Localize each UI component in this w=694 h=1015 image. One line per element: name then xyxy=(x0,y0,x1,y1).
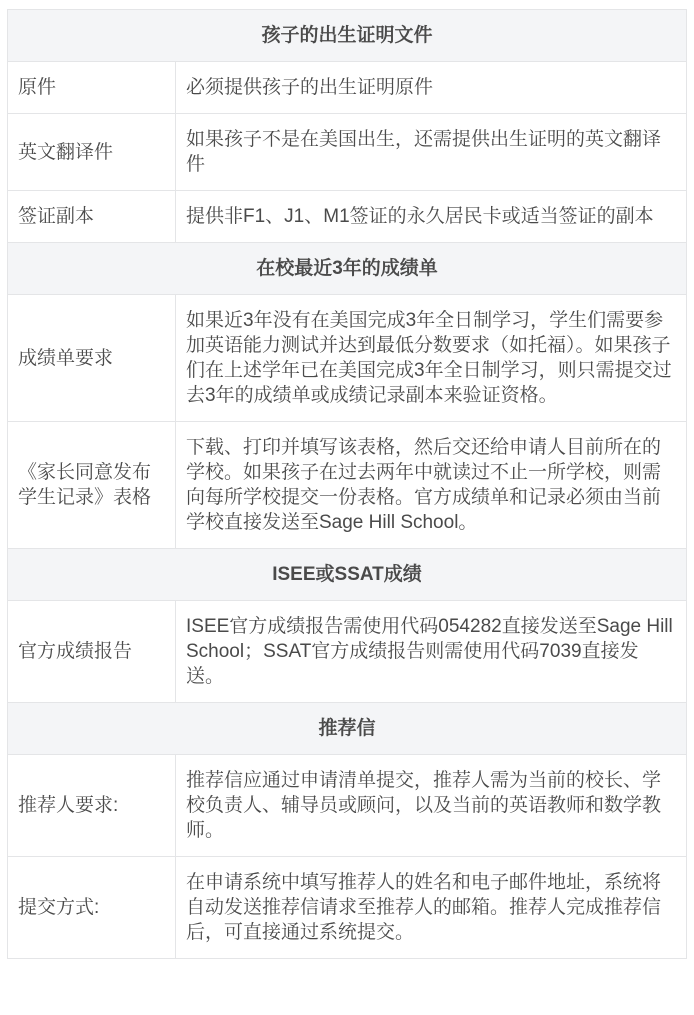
table-row: 提交方式: 在申请系统中填写推荐人的姓名和电子邮件地址，系统将自动发送推荐信请求… xyxy=(8,857,687,959)
section-row-recommendation: 推荐信 xyxy=(8,703,687,755)
row-label-transcript-requirements: 成绩单要求 xyxy=(8,295,176,422)
table-row: 《家长同意发布学生记录》表格 下载、打印并填写该表格，然后交还给申请人目前所在的… xyxy=(8,422,687,549)
row-content-submission-method: 在申请系统中填写推荐人的姓名和电子邮件地址，系统将自动发送推荐信请求至推荐人的邮… xyxy=(176,857,687,959)
row-content-original: 必须提供孩子的出生证明原件 xyxy=(176,62,687,114)
row-content-parent-consent-form: 下载、打印并填写该表格，然后交还给申请人目前所在的学校。如果孩子在过去两年中就读… xyxy=(176,422,687,549)
row-content-transcript-requirements: 如果近3年没有在美国完成3年全日制学习，学生们需要参加英语能力测试并达到最低分数… xyxy=(176,295,687,422)
row-content-recommender-requirements: 推荐信应通过申请清单提交，推荐人需为当前的校长、学校负责人、辅导员或顾问，以及当… xyxy=(176,755,687,857)
row-label-submission-method: 提交方式: xyxy=(8,857,176,959)
row-label-english-translation: 英文翻译件 xyxy=(8,114,176,191)
section-row-transcripts: 在校最近3年的成绩单 xyxy=(8,243,687,295)
row-content-official-score-report: ISEE官方成绩报告需使用代码054282直接发送至Sage Hill Scho… xyxy=(176,601,687,703)
table-row: 原件 必须提供孩子的出生证明原件 xyxy=(8,62,687,114)
table-row: 官方成绩报告 ISEE官方成绩报告需使用代码054282直接发送至Sage Hi… xyxy=(8,601,687,703)
row-content-visa-copy: 提供非F1、J1、M1签证的永久居民卡或适当签证的副本 xyxy=(176,191,687,243)
section-title-transcripts: 在校最近3年的成绩单 xyxy=(8,243,687,295)
table-row: 成绩单要求 如果近3年没有在美国完成3年全日制学习，学生们需要参加英语能力测试并… xyxy=(8,295,687,422)
row-label-recommender-requirements: 推荐人要求: xyxy=(8,755,176,857)
section-title-isee-ssat: ISEE或SSAT成绩 xyxy=(8,549,687,601)
row-content-english-translation: 如果孩子不是在美国出生，还需提供出生证明的英文翻译件 xyxy=(176,114,687,191)
row-label-original: 原件 xyxy=(8,62,176,114)
section-title-birth-certificate: 孩子的出生证明文件 xyxy=(8,10,687,62)
section-title-recommendation: 推荐信 xyxy=(8,703,687,755)
table-row: 推荐人要求: 推荐信应通过申请清单提交，推荐人需为当前的校长、学校负责人、辅导员… xyxy=(8,755,687,857)
row-label-visa-copy: 签证副本 xyxy=(8,191,176,243)
document-page: 孩子的出生证明文件 原件 必须提供孩子的出生证明原件 英文翻译件 如果孩子不是在… xyxy=(0,0,694,1015)
requirements-table: 孩子的出生证明文件 原件 必须提供孩子的出生证明原件 英文翻译件 如果孩子不是在… xyxy=(7,9,687,959)
row-label-parent-consent-form: 《家长同意发布学生记录》表格 xyxy=(8,422,176,549)
table-row: 英文翻译件 如果孩子不是在美国出生，还需提供出生证明的英文翻译件 xyxy=(8,114,687,191)
section-row-birth-certificate: 孩子的出生证明文件 xyxy=(8,10,687,62)
section-row-isee-ssat: ISEE或SSAT成绩 xyxy=(8,549,687,601)
table-row: 签证副本 提供非F1、J1、M1签证的永久居民卡或适当签证的副本 xyxy=(8,191,687,243)
row-label-official-score-report: 官方成绩报告 xyxy=(8,601,176,703)
